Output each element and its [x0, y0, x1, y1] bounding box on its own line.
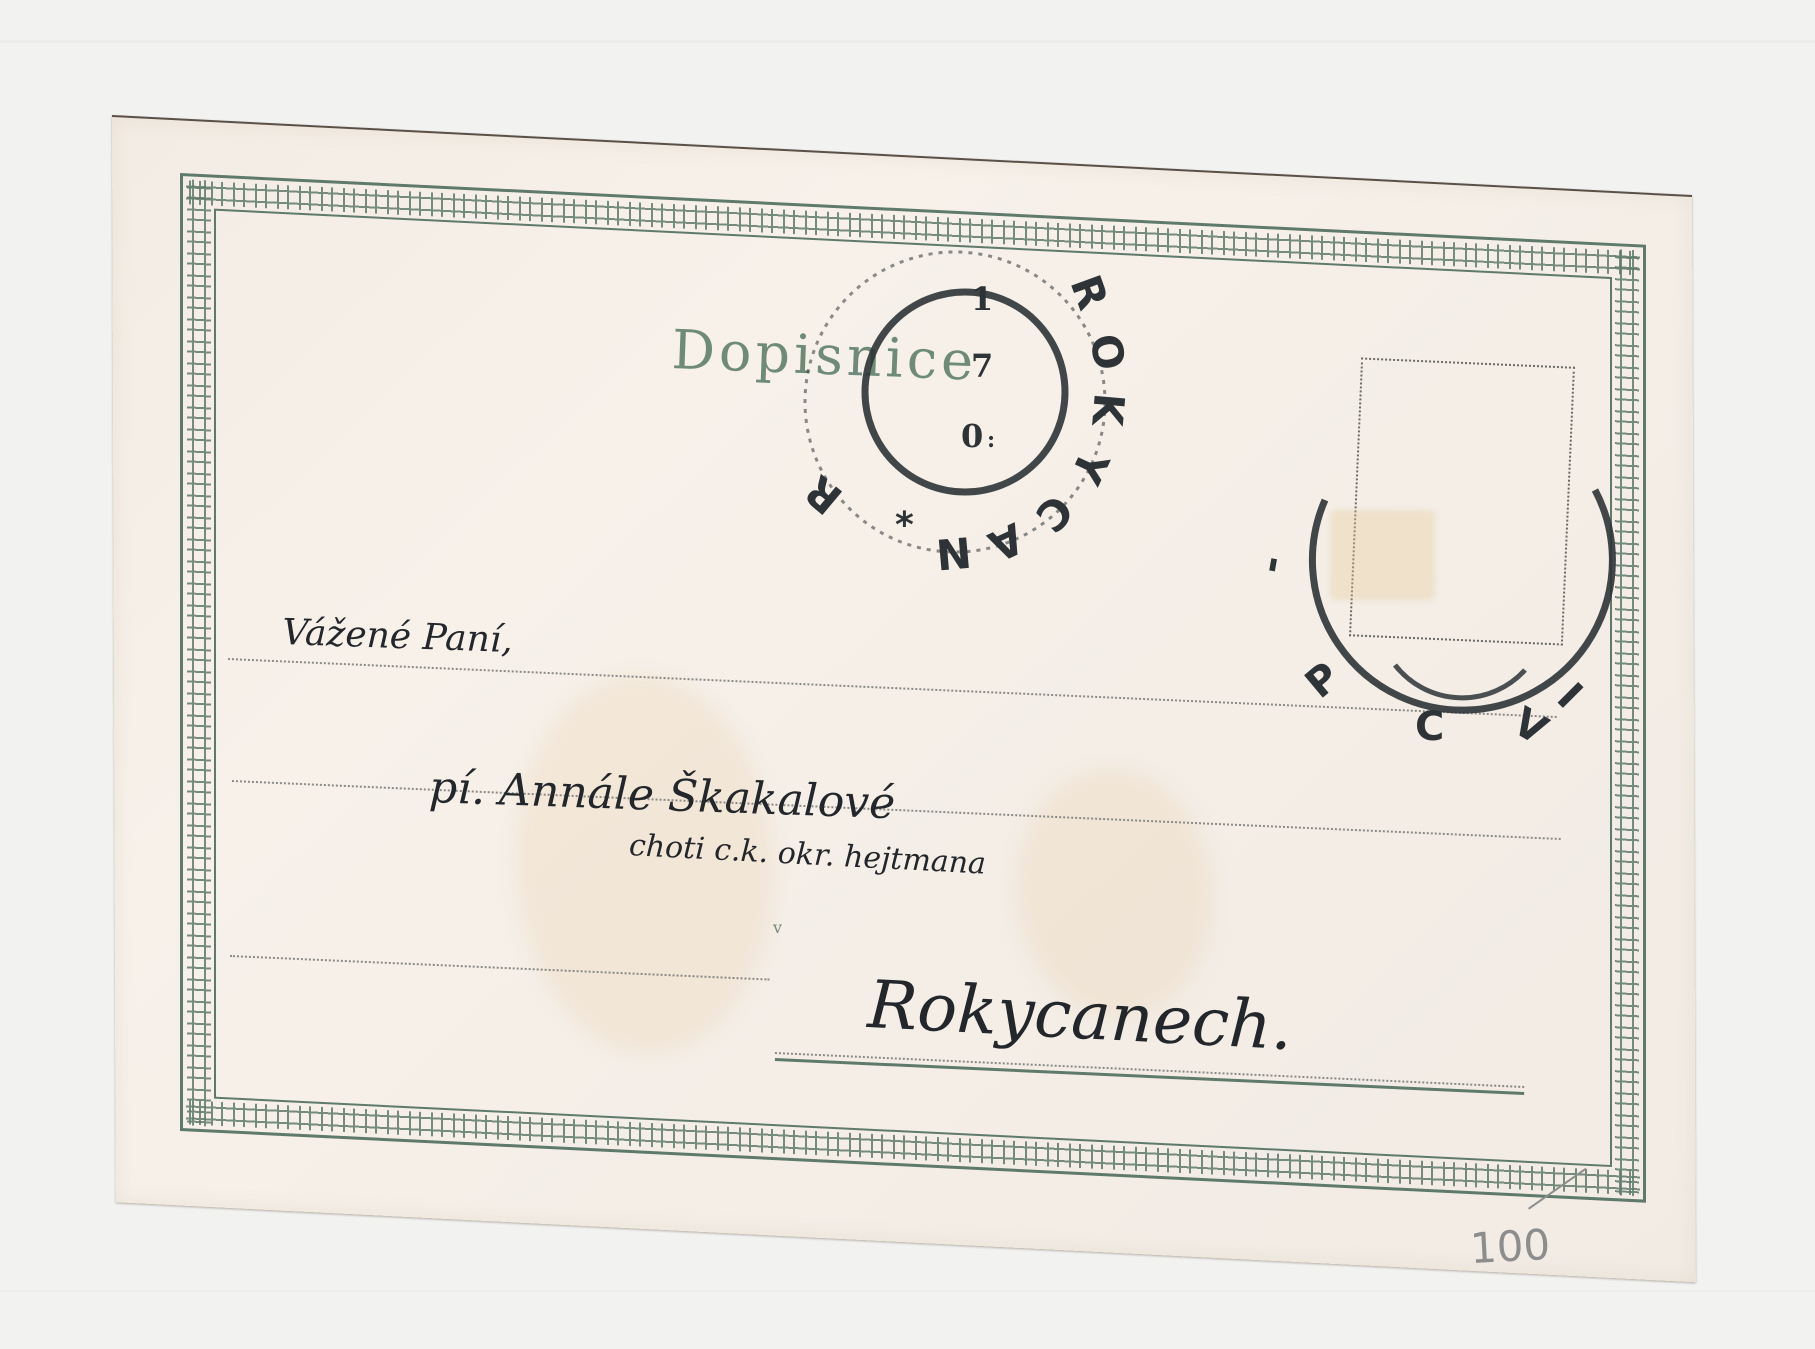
border-pattern-left: [187, 179, 211, 1126]
postcard: Dopisnice v Vážené Paní, pí. Annále Škak…: [0, 0, 1815, 1349]
svg-text::: :: [987, 427, 995, 453]
svg-text:P: P: [1297, 654, 1349, 708]
postmark-date-day: 1: [971, 280, 993, 318]
preposition-label: v: [773, 918, 782, 937]
svg-text:R: R: [795, 466, 851, 524]
svg-text:K: K: [1082, 391, 1134, 429]
svg-text:0: 0: [961, 417, 983, 455]
svg-text:O: O: [1080, 330, 1134, 374]
origin-postmark: R O K Y C A N * R 1 7 0 :: [765, 232, 1145, 576]
svg-text:C: C: [1415, 704, 1444, 750]
pencil-notation: 100: [1469, 1220, 1552, 1273]
svg-text:*: *: [895, 505, 914, 546]
svg-text:V: V: [1505, 699, 1555, 754]
svg-text:A: A: [981, 513, 1032, 571]
svg-text:R: R: [1061, 269, 1118, 316]
receiving-postmark: - P C V I: [1265, 460, 1645, 784]
svg-text:C: C: [1026, 485, 1082, 541]
salutation: Vážené Paní,: [282, 612, 514, 661]
svg-text:Y: Y: [1061, 442, 1119, 492]
svg-text:7: 7: [971, 347, 993, 385]
svg-text:N: N: [934, 527, 973, 579]
